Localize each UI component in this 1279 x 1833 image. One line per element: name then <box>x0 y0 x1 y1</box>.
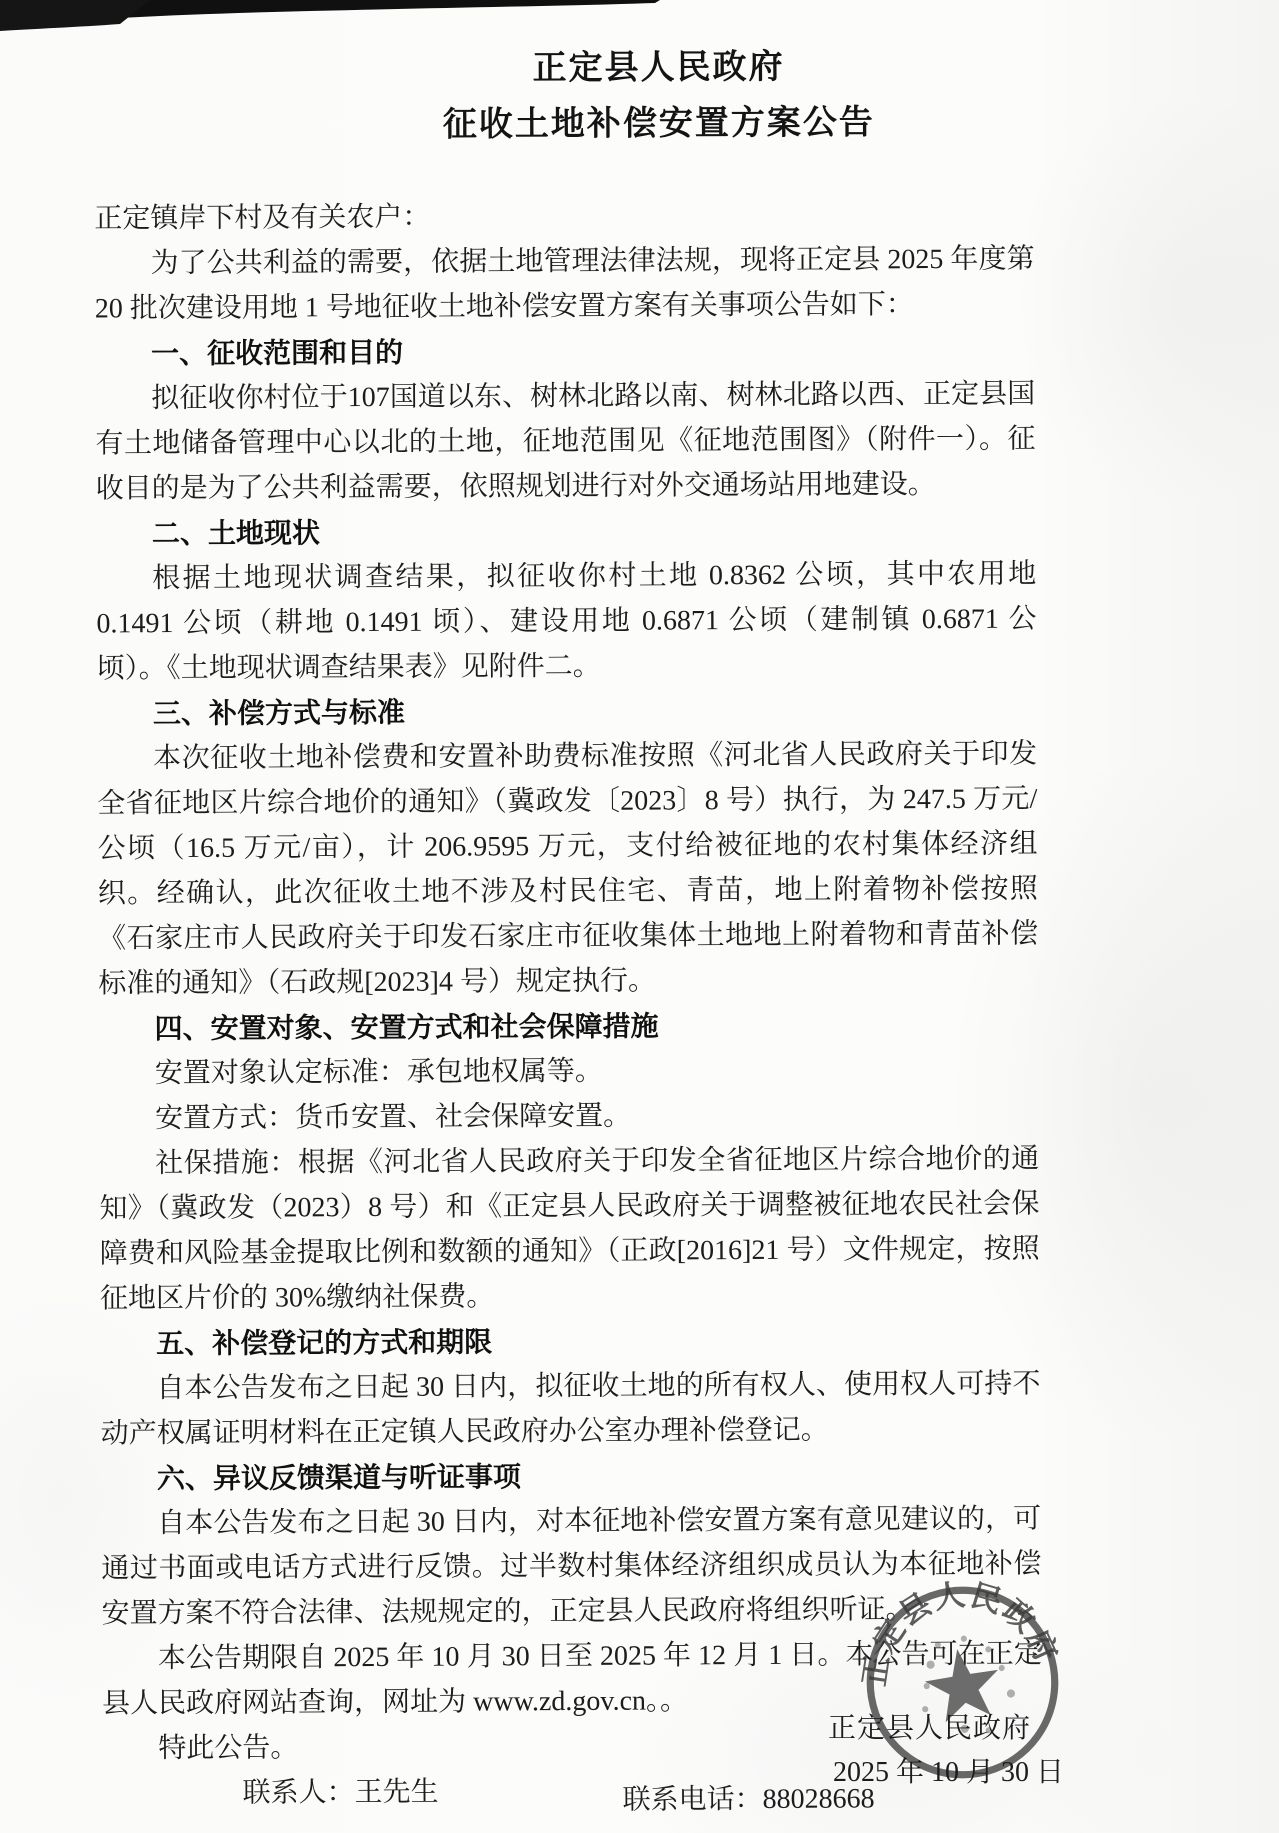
scanned-announcement-page: 正定县人民政府 征收土地补偿安置方案公告 正定镇岸下村及有关农户： 为了公共利益… <box>0 0 1279 1833</box>
document-title-block: 正定县人民政府 征收土地补偿安置方案公告 <box>188 37 1129 154</box>
section-paragraph: 本次征收土地补偿费和安置补助费标准按照《河北省人民政府关于印发全省征地区片综合地… <box>97 732 1038 1007</box>
section-heading-2: 二、土地现状 <box>96 507 1036 557</box>
section-paragraph: 安置对象认定标准：承包地权属等。 <box>99 1047 1039 1097</box>
section-heading-1: 一、征收范围和目的 <box>95 327 1035 377</box>
section-paragraph: 社保措施：根据《河北省人民政府关于印发全省征地区片综合地价的通知》（冀政发（20… <box>99 1137 1040 1322</box>
section-heading-5: 五、补偿登记的方式和期限 <box>100 1317 1040 1367</box>
signature-issuer: 正定县人民政府 <box>828 1706 1031 1746</box>
scan-artifact-band <box>0 0 660 32</box>
signature-date: 2025 年 10 月 30 日 <box>833 1750 1064 1790</box>
title-line-1: 正定县人民政府 <box>188 37 1128 98</box>
document-content: 正定县人民政府 征收土地补偿安置方案公告 正定镇岸下村及有关农户： 为了公共利益… <box>93 28 1042 1817</box>
salutation: 正定镇岸下村及有关农户： <box>94 192 1034 242</box>
section-heading-3: 三、补偿方式与标准 <box>97 687 1037 737</box>
section-paragraph: 拟征收你村位于107国道以东、树林北路以南、树林北路以西、正定县国有土地储备管理… <box>95 372 1036 512</box>
section-heading-4: 四、安置对象、安置方式和社会保障措施 <box>98 1002 1038 1052</box>
section-paragraph: 根据土地现状调查结果，拟征收你村土地 0.8362 公顷，其中农用地 0.149… <box>96 552 1037 692</box>
intro-paragraph: 为了公共利益的需要，依据土地管理法律法规，现将正定县 2025 年度第 20 批… <box>94 237 1034 332</box>
contact-person: 联系人：王先生 <box>242 1770 438 1816</box>
section-paragraph: 安置方式：货币安置、社会保障安置。 <box>99 1092 1039 1142</box>
document-body: 正定镇岸下村及有关农户： 为了公共利益的需要，依据土地管理法律法规，现将正定县 … <box>94 192 1042 1817</box>
section-heading-6: 六、异议反馈渠道与听证事项 <box>101 1452 1041 1502</box>
section-paragraph: 自本公告发布之日起 30 日内，拟征收土地的所有权人、使用权人可持不动产权属证明… <box>100 1362 1040 1457</box>
title-line-2: 征收土地补偿安置方案公告 <box>189 93 1129 154</box>
